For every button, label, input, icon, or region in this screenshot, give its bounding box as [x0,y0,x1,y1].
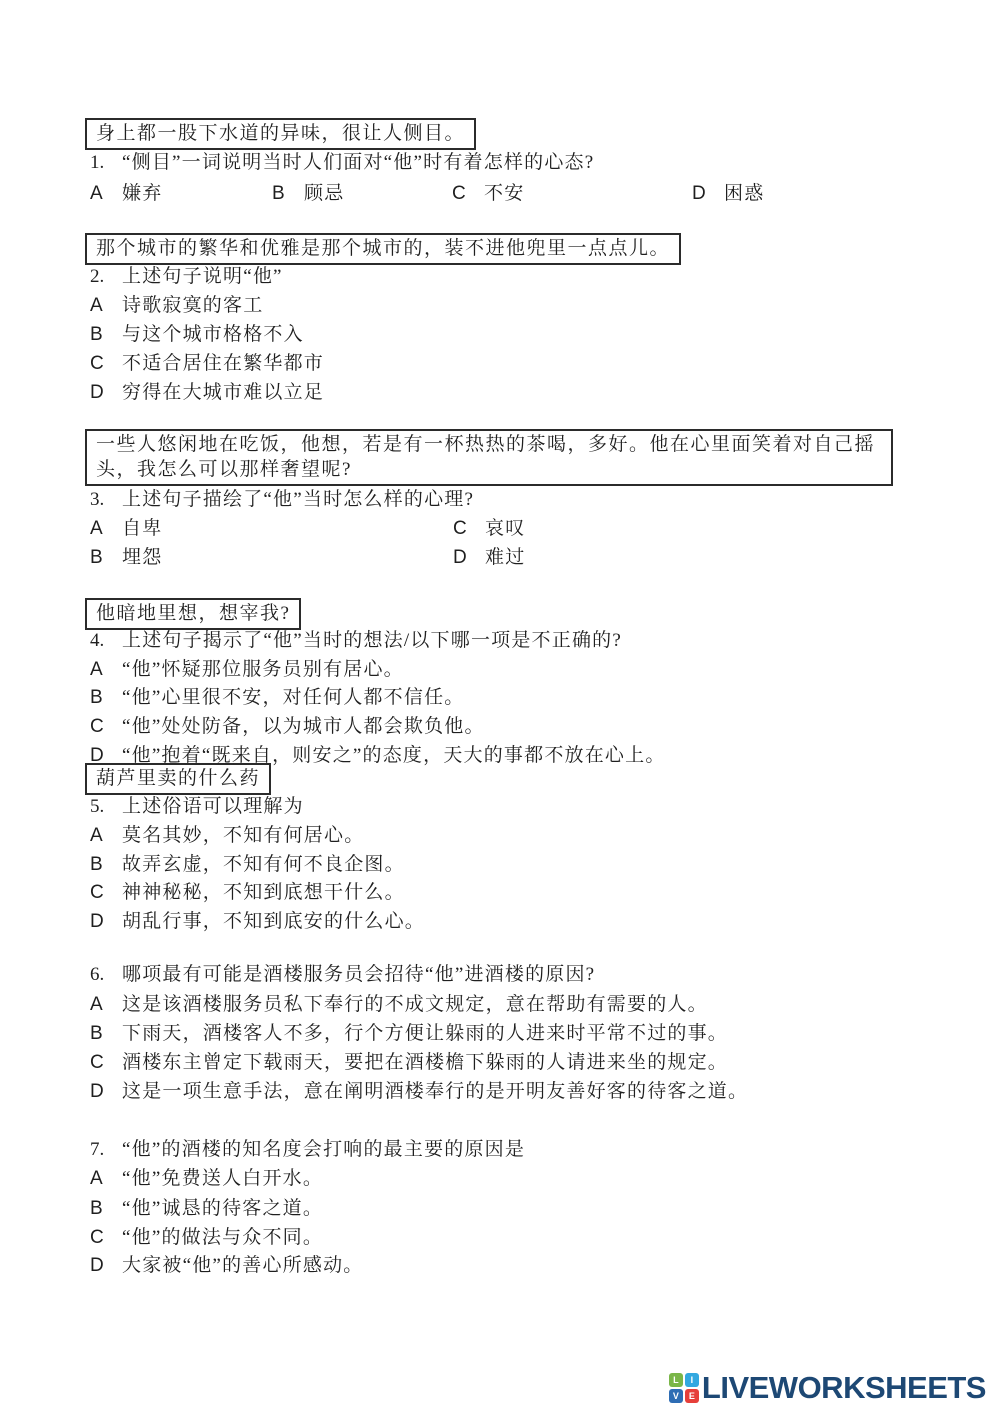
q1-option-d-text: 困惑 [724,183,764,204]
passage-box-q4: 他暗地里想，想宰我? [85,598,301,630]
q1-option-c-letter: C [452,182,484,206]
q3-option-c[interactable]: C哀叹 [453,517,525,541]
q1-option-a[interactable]: A嫌弃 [90,182,162,206]
passage-box-q1: 身上都一股下水道的异味，很让人侧目。 [85,118,476,150]
q7-option-c-text: “他”的做法与众不同。 [122,1227,323,1248]
q2-option-a-letter: A [90,294,122,318]
q4-option-b[interactable]: B“他”心里很不安，对任何人都不信任。 [90,686,464,710]
question-6-number: 6. [90,963,122,987]
q3-option-b-letter: B [90,546,122,570]
q3-option-a-text: 自卑 [122,518,162,539]
brand-text: LIVEWORKSHEETS [702,1370,986,1406]
question-3-prompt: 上述句子描绘了“他”当时怎么样的心理? [122,489,474,510]
q5-option-d[interactable]: D胡乱行事，不知到底安的什么心。 [90,910,425,934]
q2-option-b-text: 与这个城市格格不入 [122,324,304,345]
question-7-number: 7. [90,1138,122,1162]
q6-option-c-text: 酒楼东主曾定下载雨天，要把在酒楼檐下躲雨的人请进来坐的规定。 [122,1052,728,1073]
q4-option-c[interactable]: C“他”处处防备，以为城市人都会欺负他。 [90,715,485,739]
q1-option-b-text: 顾忌 [304,183,344,204]
q1-option-a-text: 嫌弃 [122,183,162,204]
q3-option-c-text: 哀叹 [485,518,525,539]
q2-option-d-letter: D [90,381,122,405]
worksheet-page: 身上都一股下水道的异味，很让人侧目。 1.“侧目”一词说明当时人们面对“他”时有… [0,0,1000,1413]
question-1: 1.“侧目”一词说明当时人们面对“他”时有着怎样的心态? [90,151,594,175]
q5-option-c[interactable]: C神神秘秘，不知到底想干什么。 [90,881,405,905]
q6-option-a-letter: A [90,993,122,1017]
q7-option-b-letter: B [90,1197,122,1221]
q7-option-b[interactable]: B“他”诚恳的待客之道。 [90,1197,323,1221]
logo-tile-i: I [685,1373,699,1387]
q1-option-c-text: 不安 [484,183,524,204]
q5-option-c-text: 神神秘秘，不知到底想干什么。 [122,882,405,903]
q6-option-b-letter: B [90,1022,122,1046]
q6-option-d-letter: D [90,1080,122,1104]
q1-option-d[interactable]: D困惑 [692,182,764,206]
question-5: 5.上述俗语可以理解为 [90,795,304,819]
q1-option-a-letter: A [90,182,122,206]
q2-option-a-text: 诗歌寂寞的客工 [122,295,263,316]
logo-tile-l: L [669,1373,683,1387]
q6-option-c[interactable]: C酒楼东主曾定下载雨天，要把在酒楼檐下躲雨的人请进来坐的规定。 [90,1051,728,1075]
q7-option-b-text: “他”诚恳的待客之道。 [122,1198,323,1219]
question-7: 7.“他”的酒楼的知名度会打响的最主要的原因是 [90,1138,525,1162]
q3-option-d-text: 难过 [485,547,525,568]
q1-option-b-letter: B [272,182,304,206]
q5-option-a-text: 莫名其妙，不知有何居心。 [122,825,364,846]
q5-option-b[interactable]: B故弄玄虚，不知有何不良企图。 [90,853,405,877]
q6-option-c-letter: C [90,1051,122,1075]
q2-option-d[interactable]: D穷得在大城市难以立足 [90,381,324,405]
q3-option-c-letter: C [453,517,485,541]
q3-option-a-letter: A [90,517,122,541]
question-5-prompt: 上述俗语可以理解为 [122,796,304,817]
q7-option-d-text: 大家被“他”的善心所感动。 [122,1255,363,1276]
logo-tile-e: E [685,1389,699,1403]
question-4-number: 4. [90,629,122,653]
question-2-prompt: 上述句子说明“他” [122,266,283,287]
q2-option-b[interactable]: B与这个城市格格不入 [90,323,304,347]
q1-option-b[interactable]: B顾忌 [272,182,344,206]
q7-option-a[interactable]: A“他”免费送人白开水。 [90,1167,323,1191]
q4-option-c-letter: C [90,715,122,739]
q7-option-a-text: “他”免费送人白开水。 [122,1168,323,1189]
q4-option-a-letter: A [90,658,122,682]
q3-option-d[interactable]: D难过 [453,546,525,570]
question-6-prompt: 哪项最有可能是酒楼服务员会招待“他”进酒楼的原因? [122,964,595,985]
q6-option-b-text: 下雨天，酒楼客人不多，行个方便让躲雨的人进来时平常不过的事。 [122,1023,728,1044]
q6-option-d-text: 这是一项生意手法，意在阐明酒楼奉行的是开明友善好客的待客之道。 [122,1081,748,1102]
q2-option-c-letter: C [90,352,122,376]
q4-option-b-text: “他”心里很不安，对任何人都不信任。 [122,687,464,708]
q3-option-b[interactable]: B埋怨 [90,546,162,570]
passage-box-q3: 一些人悠闲地在吃饭，他想，若是有一杯热热的茶喝，多好。他在心里面笑着对自己摇头，… [85,429,893,486]
q7-option-a-letter: A [90,1167,122,1191]
q2-option-a[interactable]: A诗歌寂寞的客工 [90,294,263,318]
q3-option-b-text: 埋怨 [122,547,162,568]
passage-box-q5: 葫芦里卖的什么药 [85,763,271,795]
q1-option-c[interactable]: C不安 [452,182,524,206]
q7-option-d-letter: D [90,1254,122,1278]
question-1-number: 1. [90,151,122,175]
question-3: 3.上述句子描绘了“他”当时怎么样的心理? [90,488,474,512]
q7-option-d[interactable]: D大家被“他”的善心所感动。 [90,1254,363,1278]
q3-option-d-letter: D [453,546,485,570]
q3-option-a[interactable]: A自卑 [90,517,162,541]
question-4: 4.上述句子揭示了“他”当时的想法/以下哪一项是不正确的? [90,629,622,653]
q5-option-d-text: 胡乱行事，不知到底安的什么心。 [122,911,425,932]
q2-option-c[interactable]: C不适合居住在繁华都市 [90,352,324,376]
q6-option-d[interactable]: D这是一项生意手法，意在阐明酒楼奉行的是开明友善好客的待客之道。 [90,1080,748,1104]
q5-option-b-text: 故弄玄虚，不知有何不良企图。 [122,854,405,875]
question-7-prompt: “他”的酒楼的知名度会打响的最主要的原因是 [122,1139,525,1160]
q4-option-b-letter: B [90,686,122,710]
liveworksheets-logo-icon: L I V E [669,1373,699,1403]
question-6: 6.哪项最有可能是酒楼服务员会招待“他”进酒楼的原因? [90,963,595,987]
question-2: 2.上述句子说明“他” [90,265,283,289]
question-5-number: 5. [90,795,122,819]
q5-option-b-letter: B [90,853,122,877]
q4-option-a-text: “他”怀疑那位服务员别有居心。 [122,659,404,680]
liveworksheets-brand[interactable]: L I V E LIVEWORKSHEETS [669,1370,986,1406]
q5-option-a[interactable]: A莫名其妙，不知有何居心。 [90,824,364,848]
q5-option-a-letter: A [90,824,122,848]
question-2-number: 2. [90,265,122,289]
q6-option-b[interactable]: B下雨天，酒楼客人不多，行个方便让躲雨的人进来时平常不过的事。 [90,1022,728,1046]
q2-option-b-letter: B [90,323,122,347]
q6-option-a-text: 这是该酒楼服务员私下奉行的不成文规定，意在帮助有需要的人。 [122,994,708,1015]
q5-option-d-letter: D [90,910,122,934]
logo-tile-v: V [669,1389,683,1403]
question-4-prompt: 上述句子揭示了“他”当时的想法/以下哪一项是不正确的? [122,630,622,651]
question-1-prompt: “侧目”一词说明当时人们面对“他”时有着怎样的心态? [122,152,594,173]
q4-option-c-text: “他”处处防备，以为城市人都会欺负他。 [122,716,485,737]
q7-option-c-letter: C [90,1226,122,1250]
q6-option-a[interactable]: A这是该酒楼服务员私下奉行的不成文规定，意在帮助有需要的人。 [90,993,708,1017]
question-3-number: 3. [90,488,122,512]
q1-option-d-letter: D [692,182,724,206]
q2-option-c-text: 不适合居住在繁华都市 [122,353,324,374]
passage-box-q2: 那个城市的繁华和优雅是那个城市的，装不进他兜里一点点儿。 [85,233,681,265]
q2-option-d-text: 穷得在大城市难以立足 [122,382,324,403]
q7-option-c[interactable]: C“他”的做法与众不同。 [90,1226,323,1250]
q4-option-a[interactable]: A“他”怀疑那位服务员别有居心。 [90,658,404,682]
q5-option-c-letter: C [90,881,122,905]
